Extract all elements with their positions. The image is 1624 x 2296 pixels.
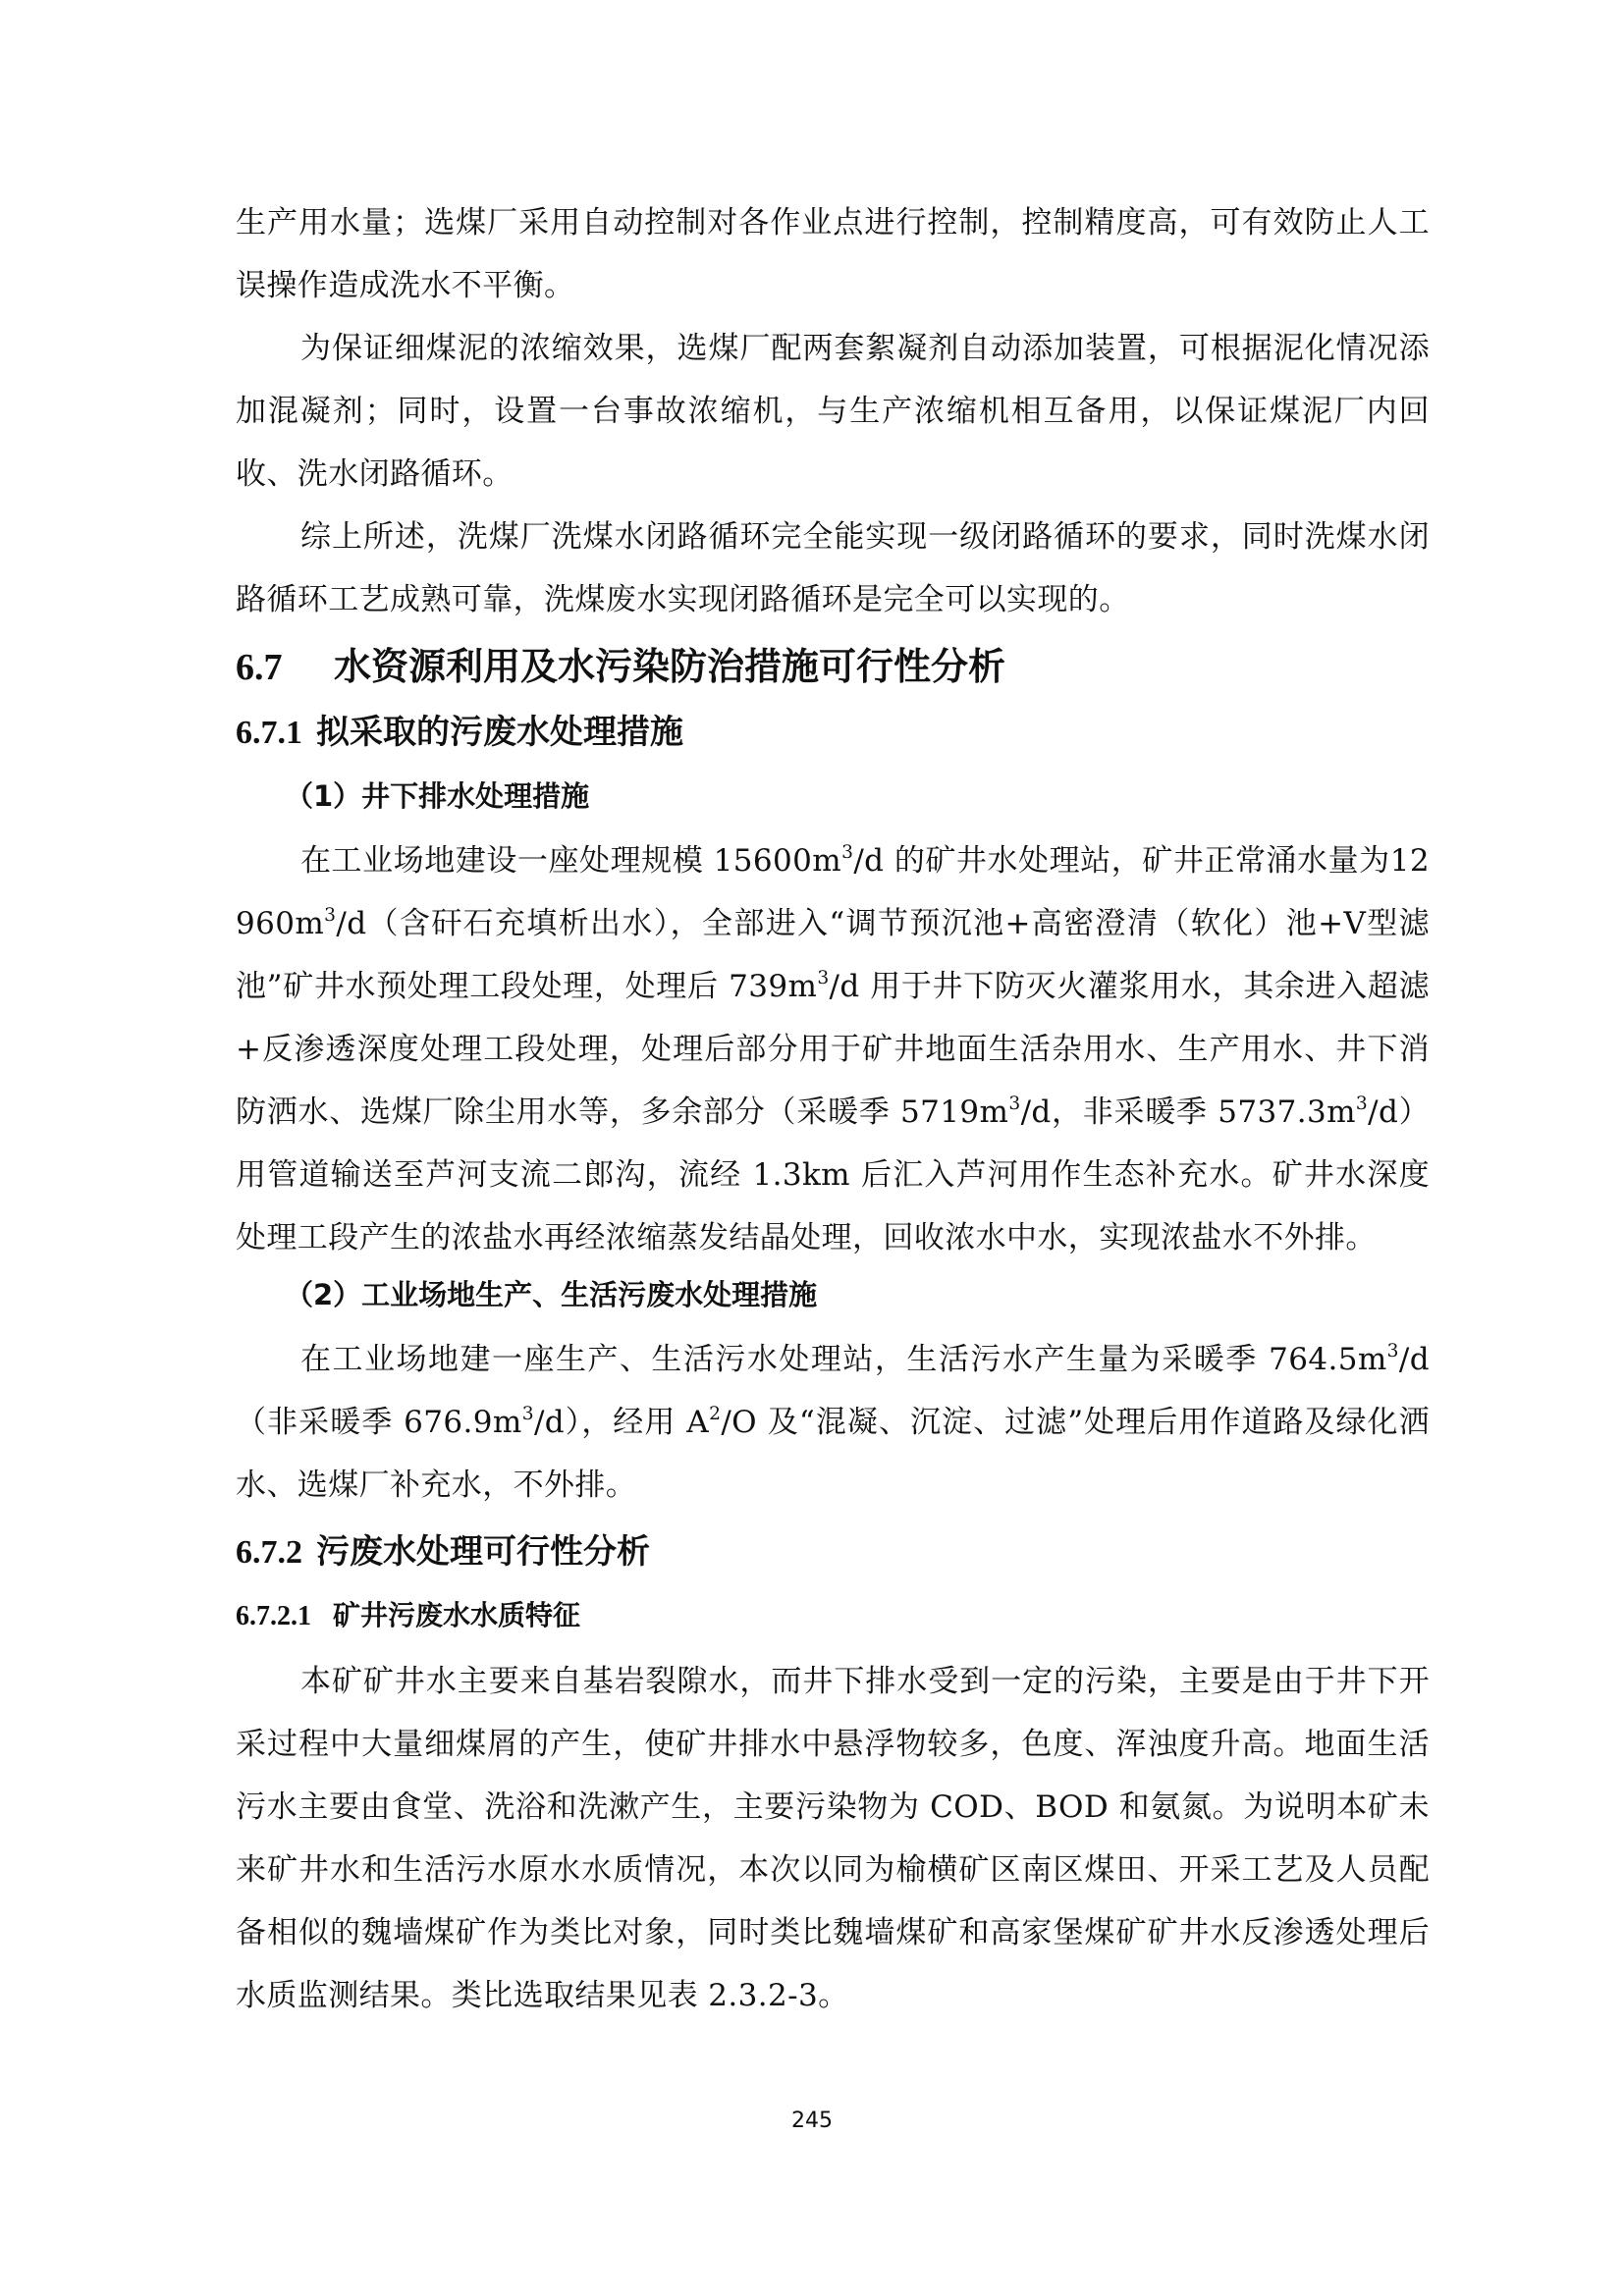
subheading-mine-drainage: （1）井下排水处理措施 [236, 776, 1430, 816]
section-title: 拟采取的污废水处理措施 [316, 713, 683, 752]
text-run: /d，非采暖季 5737.3m [1021, 1095, 1356, 1130]
section-title: 水资源利用及水污染防治措施可行性分析 [334, 645, 1005, 688]
text-run: /d），经用 A [534, 1405, 709, 1440]
body-paragraph: 在工业场地建设一座处理规模 15600m3/d 的矿井水处理站，矿井正常涌水量为… [236, 829, 1430, 1269]
superscript: 3 [841, 842, 853, 863]
section-number: 6.7.2 [236, 1534, 302, 1571]
section-title: 矿井污废水水质特征 [333, 1599, 580, 1631]
section-number: 6.7.2.1 [236, 1601, 311, 1631]
subheading-industrial-site-wastewater: （2）工业场地生产、生活污废水处理措施 [236, 1275, 1430, 1314]
superscript: 3 [1008, 1094, 1020, 1114]
body-paragraph: 生产用水量；选煤厂采用自动控制对各作业点进行控制，控制精度高，可有效防止人工误操… [236, 191, 1430, 317]
section-heading-6-7-2: 6.7.2污废水处理可行性分析 [236, 1530, 1430, 1575]
superscript: 2 [709, 1404, 721, 1424]
superscript: 3 [1387, 1341, 1399, 1362]
superscript: 3 [817, 968, 829, 988]
section-title: 污废水处理可行性分析 [316, 1532, 650, 1572]
superscript: 3 [1356, 1094, 1368, 1114]
body-paragraph: 综上所述，洗煤厂洗煤水闭路循环完全能实现一级闭路循环的要求，同时洗煤水闭路循环工… [236, 506, 1430, 631]
section-number: 6.7 [236, 646, 334, 689]
section-number: 6.7.1 [236, 715, 302, 751]
body-paragraph: 在工业场地建一座生产、生活污水处理站，生活污水产生量为采暖季 764.5m3/d… [236, 1328, 1430, 1517]
document-page: 生产用水量；选煤厂采用自动控制对各作业点进行控制，控制精度高，可有效防止人工误操… [236, 191, 1430, 2027]
section-heading-6-7-1: 6.7.1拟采取的污废水处理措施 [236, 711, 1430, 755]
body-paragraph: 为保证细煤泥的浓缩效果，选煤厂配两套絮凝剂自动添加装置，可根据泥化情况添加混凝剂… [236, 317, 1430, 506]
section-heading-6-7-2-1: 6.7.2.1矿井污废水水质特征 [236, 1596, 1430, 1636]
section-heading-6-7: 6.7水资源利用及水污染防治措施可行性分析 [236, 645, 1430, 689]
text-run: 在工业场地建一座生产、生活污水处理站，生活污水产生量为采暖季 764.5m [300, 1342, 1387, 1377]
text-run: 在工业场地建设一座处理规模 15600m [300, 843, 841, 879]
superscript: 3 [522, 1404, 534, 1424]
page-number: 245 [0, 2109, 1624, 2133]
superscript: 3 [324, 905, 336, 926]
body-paragraph: 本矿矿井水主要来自基岩裂隙水，而井下排水受到一定的污染，主要是由于井下开采过程中… [236, 1650, 1430, 2027]
